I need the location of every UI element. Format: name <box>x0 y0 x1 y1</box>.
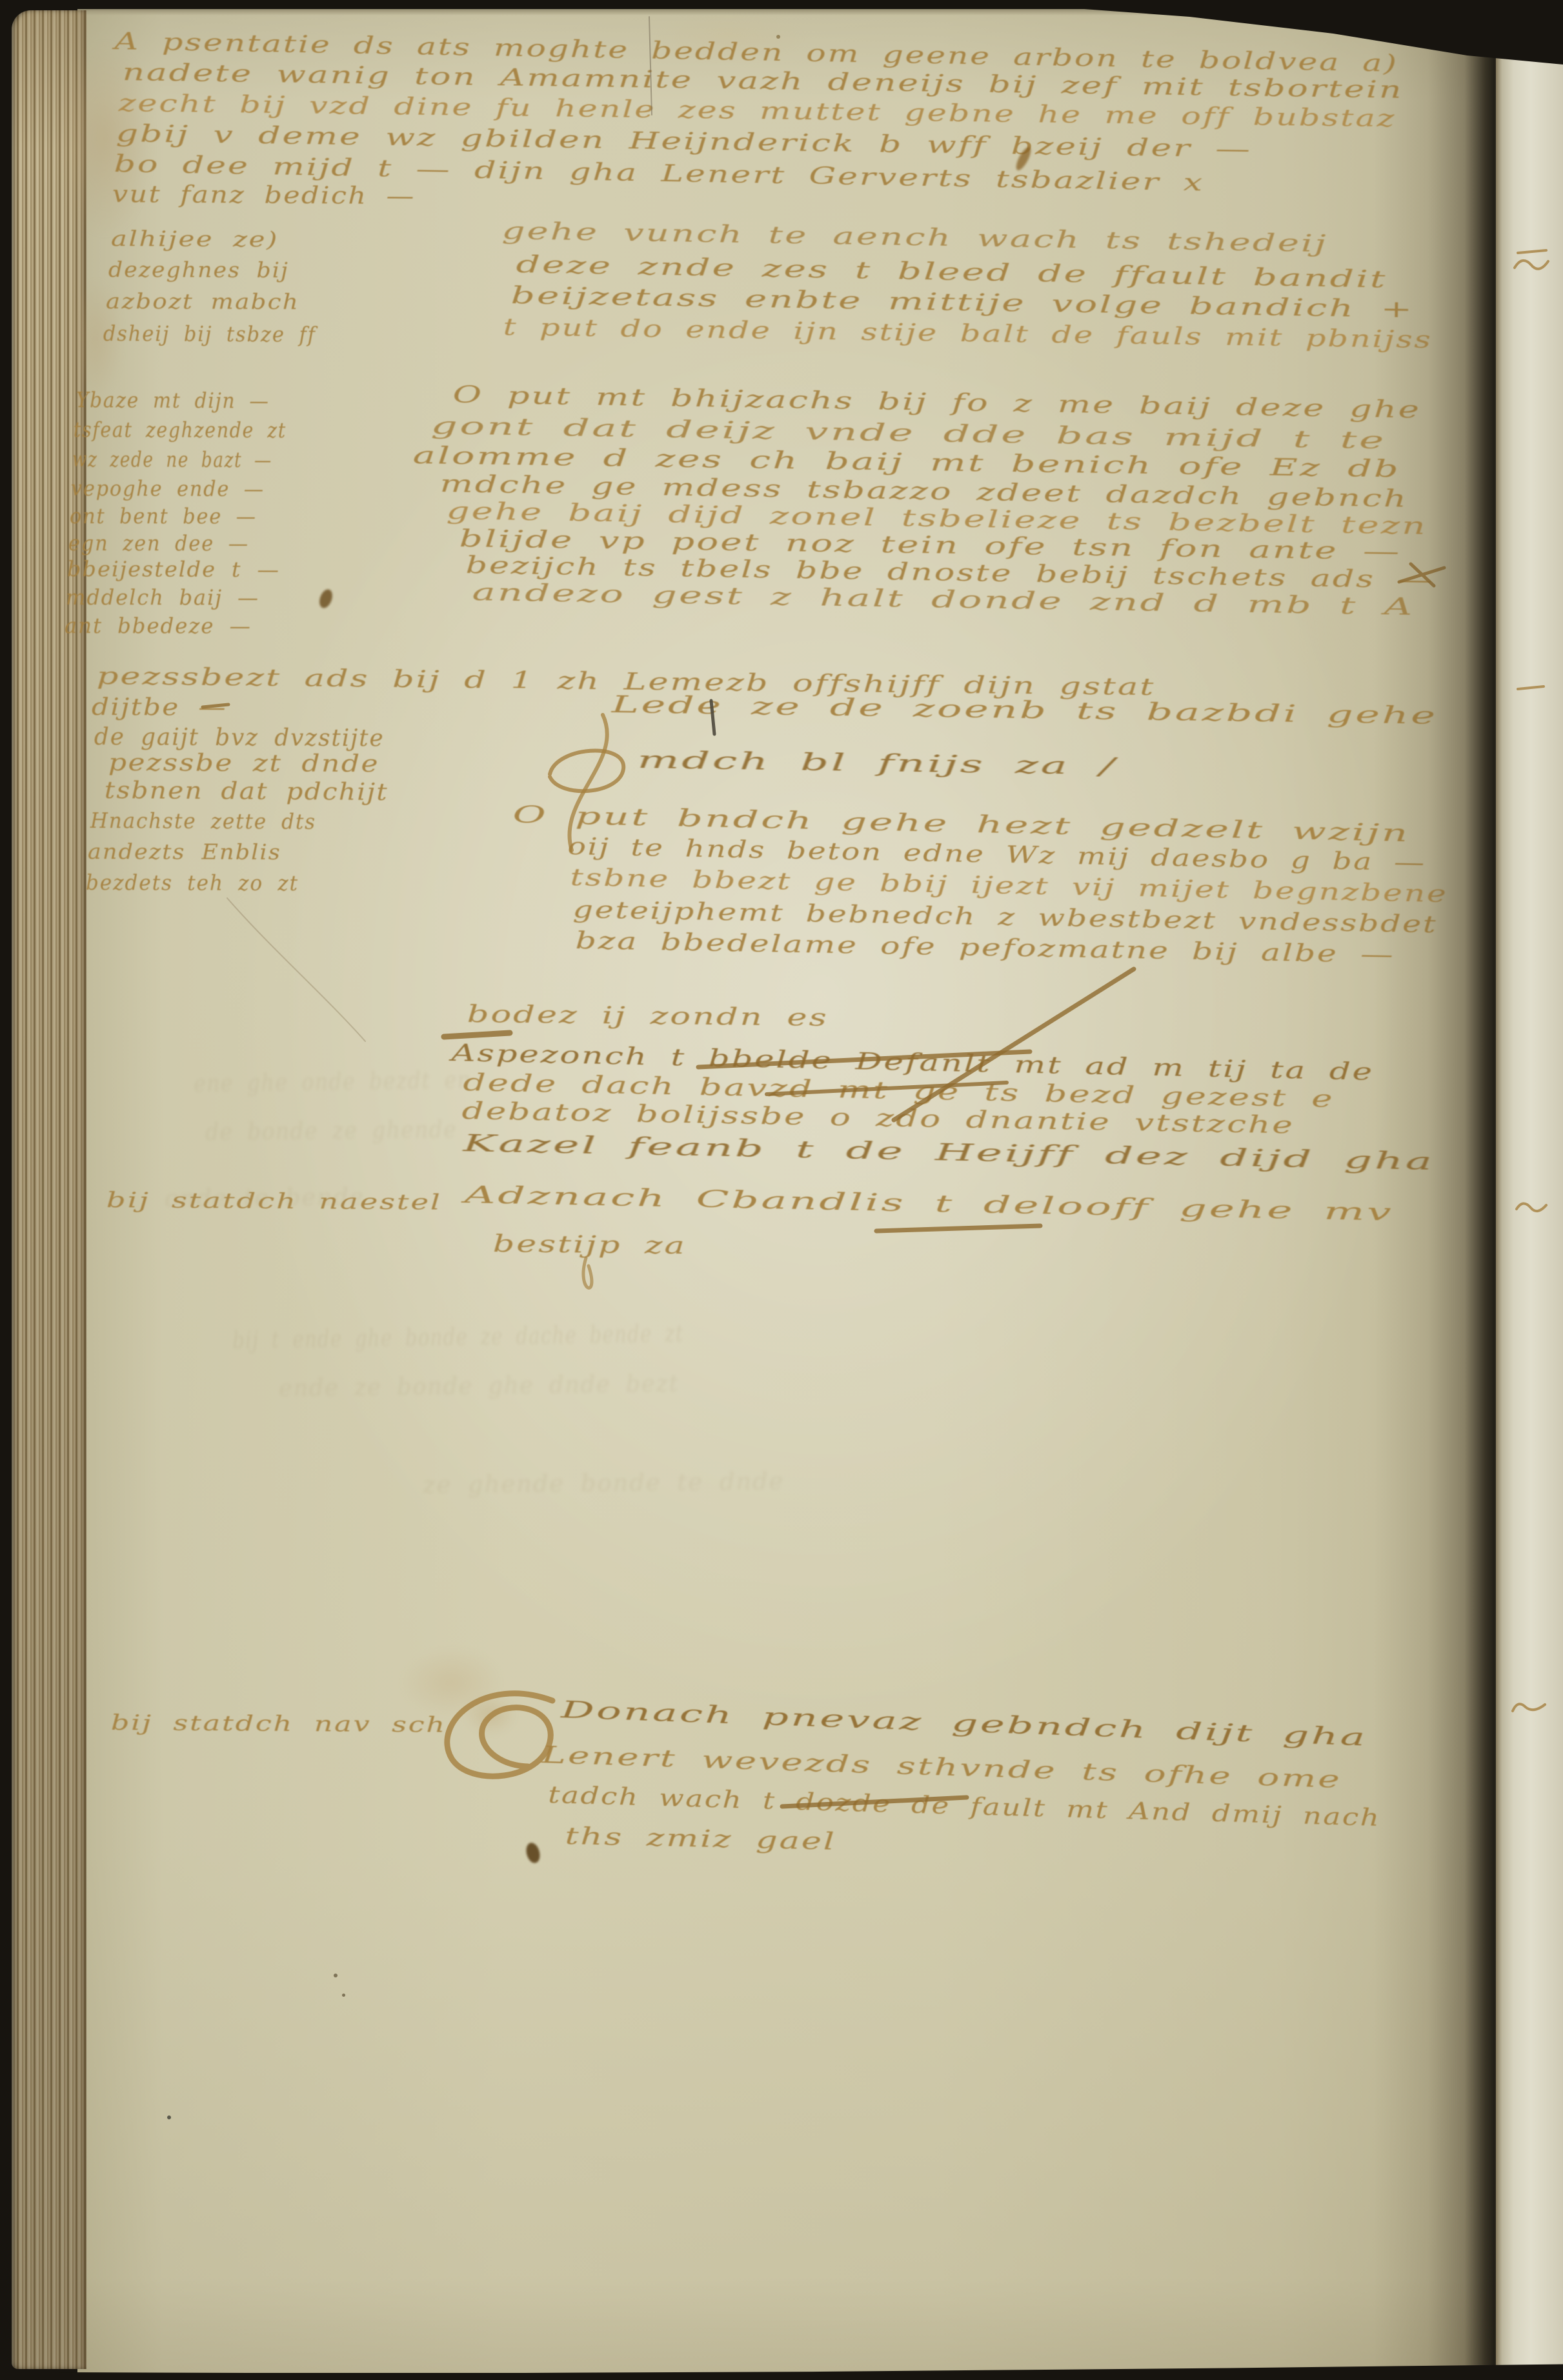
manuscript-scan: A psentatie ds ats moghte bedden om geen… <box>0 0 1563 2380</box>
margin-note: bbeijestelde t — <box>67 556 280 582</box>
paper-speck <box>334 1974 338 1977</box>
handwritten-line: vut fanz bedich — <box>112 181 416 210</box>
handwritten-line: pezssbe zt dnde <box>108 750 379 777</box>
handwritten-line: bestijp za <box>493 1231 687 1259</box>
paper-speck <box>167 2115 171 2119</box>
gutter-shadow <box>1373 0 1504 2380</box>
margin-note: ont bent bee — <box>70 503 257 529</box>
margin-note: egn zen dee — <box>68 530 249 555</box>
margin-note: alhijee ze) <box>111 226 279 252</box>
margin-note: Ybaze mt dijn — <box>76 387 270 414</box>
margin-note: dezeghnes bij <box>108 257 289 283</box>
margin-note: dsheij bij tsbze ff <box>103 321 316 347</box>
paper-speck <box>342 1994 345 1997</box>
ghost-showthrough-line: de bonde ze ghende <box>205 1117 457 1146</box>
margin-note: Hnachste zette dts <box>90 808 316 834</box>
right-page-sliver <box>1496 0 1563 2380</box>
margin-note: wz zede ne bazt — <box>72 446 272 472</box>
margin-note: vepoghe ende — <box>71 475 265 501</box>
paper-stain <box>463 1694 518 1735</box>
handwritten-line: ths zmiz gael <box>565 1823 836 1855</box>
margin-note: bij statdch nav sch <box>111 1710 447 1737</box>
handwritten-line: dijtbe — <box>92 694 227 721</box>
ghost-showthrough-line: ene ghe onde bezdt en <box>194 1067 472 1097</box>
margin-note: andezts Enblis <box>88 839 281 865</box>
handwritten-line: bodez ij zondn es <box>467 1001 829 1032</box>
margin-note: mddelch baij — <box>66 585 259 610</box>
margin-note: azbozt mabch <box>106 288 299 314</box>
ghost-showthrough-line: ze ghende bonde te dnde <box>423 1468 785 1499</box>
paper-speck <box>776 35 780 39</box>
scan-border-left <box>0 0 12 2380</box>
handwritten-line: tsbnen dat pdchijt <box>105 777 388 806</box>
margin-note: bezdets teh zo zt <box>86 870 299 895</box>
ghost-showthrough-line: onde te bende <box>165 1184 365 1212</box>
margin-note: tsfeat zeghzende zt <box>74 417 287 443</box>
ghost-showthrough-line: ende ze bonde ghe dnde bezt <box>279 1370 680 1402</box>
margin-note: ant bbedeze — <box>65 613 252 639</box>
handwritten-line: de gaijt bvz dvzstijte <box>94 724 385 752</box>
